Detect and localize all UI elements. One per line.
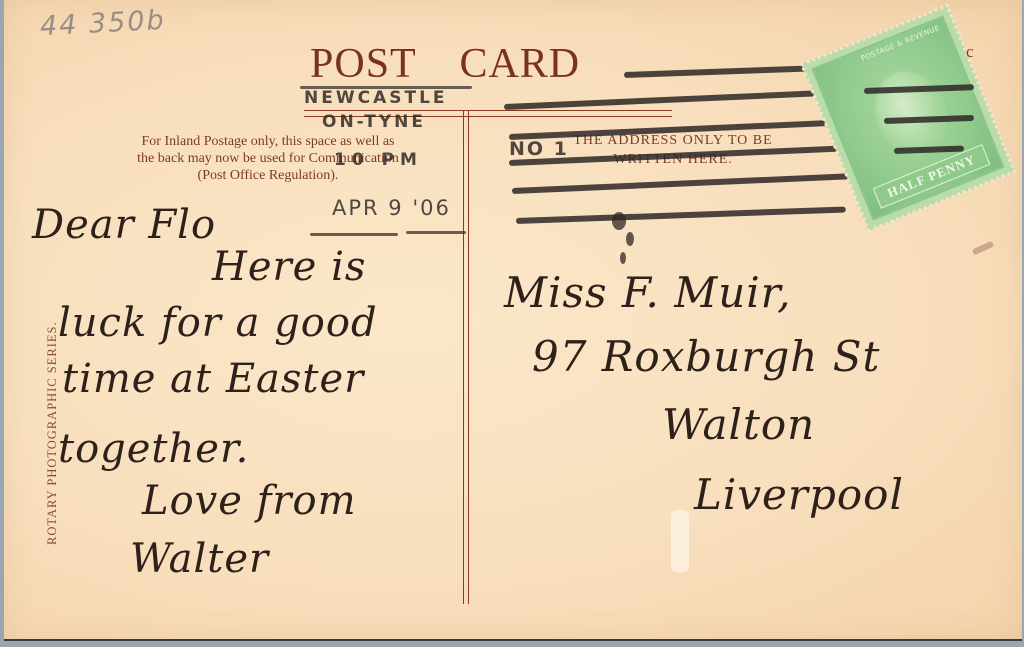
postcard-title: POST CARD [310, 40, 580, 88]
paper-stain [972, 241, 994, 256]
postmark-town: ON-TYNE [322, 112, 426, 132]
address-line: Miss F. Muir, [504, 268, 792, 317]
postmark-time: 10 PM [334, 150, 423, 170]
postmark-rule [406, 231, 466, 234]
postmark-date: APR 9 '06 [332, 196, 451, 220]
message-line: time at Easter [62, 356, 364, 402]
center-divider [463, 110, 469, 604]
address-line: Walton [662, 400, 815, 449]
message-line: luck for a good [58, 300, 378, 346]
stamp-denomination: HALF PENNY [873, 144, 991, 209]
message-line: Here is [212, 244, 366, 290]
postmark-rule [310, 233, 398, 236]
ink-blot [626, 232, 634, 246]
printed-corner-mark: c [966, 42, 974, 62]
postmark-office-code: NO 1 [509, 138, 569, 160]
ink-blot [612, 212, 626, 230]
message-line: Love from [142, 478, 357, 524]
pencil-inventory-note: 44 350b [39, 5, 166, 43]
inland-note-line: For Inland Postage only, this space as w… [78, 133, 458, 150]
message-line: together. [58, 426, 249, 472]
postmark-city: NEWCASTLE [304, 88, 448, 108]
postcard: 44 350b POST CARD For Inland Postage onl… [4, 0, 1022, 641]
address-line: Liverpool [694, 470, 904, 519]
stamp-top-text: POSTAGE & REVENUE [821, 24, 941, 79]
paper-scuff [671, 510, 689, 572]
message-line: Dear Flo [32, 202, 216, 248]
ink-blot [620, 252, 626, 264]
cancellation-bar [516, 206, 846, 224]
signature: Walter [130, 536, 269, 582]
address-line: 97 Roxburgh St [532, 332, 880, 381]
